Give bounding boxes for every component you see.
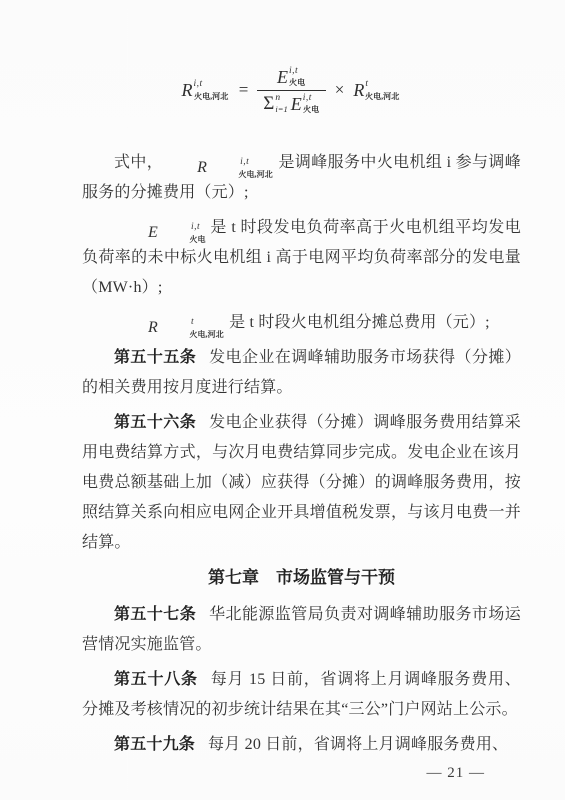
article-57-label: 第五十七条 <box>114 606 196 623</box>
article-56-label: 第五十六条 <box>114 414 196 431</box>
formula-lhs-variable: R i,t 火电,河北 <box>182 80 230 100</box>
math-base: E <box>116 225 158 241</box>
fraction-denominator: Σ n i=1 E i,t 火电 <box>257 90 325 114</box>
math-subscript: 火电,河北 <box>159 330 224 338</box>
article-55: 第五十五条发电企业在调峰辅助服务市场获得（分摊）的相关费用按月度进行结算。 <box>82 343 521 403</box>
numerator-variable: E i,t 火电 <box>277 67 306 87</box>
multiplication-sign: × <box>334 80 346 100</box>
formula-block: R i,t 火电,河北 = E i,t 火电 Σ <box>82 58 501 122</box>
fraction-numerator: E i,t 火电 <box>271 67 312 90</box>
math-scripts: t 火电,河北 <box>365 80 401 100</box>
math-superscript: n <box>275 94 280 104</box>
math-subscript: i=1 <box>275 105 287 114</box>
article-59-label: 第五十九条 <box>114 736 195 753</box>
sigma-symbol: Σ <box>263 94 274 113</box>
paragraph-definition-r-t: Rt火电,河北是 t 时段火电机组分摊总费用（元）; <box>82 308 521 338</box>
inline-math-variable: Ri,t火电,河北 <box>165 158 276 178</box>
inline-math-variable: Rt火电,河北 <box>116 318 227 338</box>
article-58: 第五十八条每月 15 日前，省调将上月调峰服务费用、分摊及考核情况的初步统计结果… <box>82 665 521 725</box>
article-55-label: 第五十五条 <box>114 349 196 366</box>
math-superscript: i,t <box>303 94 312 104</box>
math-subscript: 火电 <box>303 105 319 113</box>
math-subscript: 火电 <box>159 235 206 243</box>
math-scripts: n i=1 <box>275 94 287 114</box>
math-scripts: i,t 火电 <box>303 94 320 114</box>
inline-math-variable: Ei,t火电 <box>116 223 208 243</box>
fraction: E i,t 火电 Σ n i=1 E <box>257 67 325 114</box>
definition-prefix: 式中， <box>114 154 163 171</box>
page-number: — 21 — <box>82 765 521 782</box>
math-base: E <box>291 95 302 113</box>
math-subscript: 火电,河北 <box>365 92 399 100</box>
math-superscript: i,t <box>208 158 249 168</box>
definition-text: 是 t 时段火电机组分摊总费用（元）; <box>229 314 490 331</box>
article-57: 第五十七条华北能源监管局负责对调峰辅助服务市场运营情况实施监管。 <box>82 600 521 660</box>
article-58-label: 第五十八条 <box>114 671 198 688</box>
math-superscript: i,t <box>194 80 203 90</box>
article-59: 第五十九条每月 20 日前，省调将上月调峰服务费用、 <box>82 730 521 760</box>
math-superscript: t <box>365 80 368 90</box>
math-scripts: i,t 火电,河北 <box>194 80 230 100</box>
paragraph-definition-e-it: Ei,t火电是 t 时段发电负荷率高于火电机组平均发电负荷率的未中标火电机组 i… <box>82 213 521 303</box>
math-superscript: t <box>159 318 194 328</box>
math-superscript: i,t <box>159 223 200 233</box>
math-scripts: i,t火电,河北 <box>208 158 276 178</box>
math-base: R <box>182 81 193 99</box>
math-scripts: t火电,河北 <box>159 318 227 338</box>
math-base: R <box>116 320 158 336</box>
article-59-text: 每月 20 日前，省调将上月调峰服务费用、 <box>208 736 508 753</box>
chapter-heading: 第七章 市场监管与干预 <box>82 563 521 593</box>
equals-sign: = <box>238 80 250 100</box>
math-superscript: i,t <box>289 67 298 77</box>
math-scripts: i,t 火电 <box>289 67 306 87</box>
math-base: E <box>277 68 288 86</box>
document-page: R i,t 火电,河北 = E i,t 火电 Σ <box>0 0 565 800</box>
math-scripts: i,t火电 <box>159 223 208 243</box>
math-subscript: 火电,河北 <box>194 92 228 100</box>
math-base: R <box>165 160 207 176</box>
formula-rhs-variable: R t 火电,河北 <box>353 80 401 100</box>
math-subscript: 火电,河北 <box>208 170 273 178</box>
math-base: R <box>353 81 364 99</box>
article-56: 第五十六条发电企业获得（分摊）调峰服务费用结算采用电费结算方式，与次月电费结算同… <box>82 408 521 558</box>
article-56-text: 发电企业获得（分摊）调峰服务费用结算采用电费结算方式，与次月电费结算同步完成。发… <box>82 414 521 551</box>
paragraph-definition-r-it: 式中，Ri,t火电,河北是调峰服务中火电机组 i 参与调峰服务的分摊费用（元）; <box>82 148 521 208</box>
math-subscript: 火电 <box>289 78 305 86</box>
denominator-variable: E i,t 火电 <box>291 94 320 114</box>
summation-symbol: Σ n i=1 <box>263 94 287 114</box>
